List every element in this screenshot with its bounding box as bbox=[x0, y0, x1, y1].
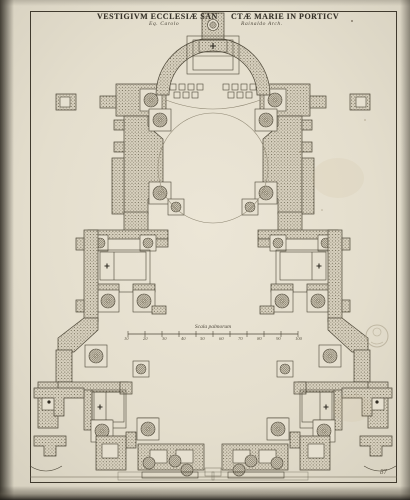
scale-tick-label: 20 bbox=[143, 336, 148, 341]
scale-tick-label: 90 bbox=[276, 336, 281, 341]
credit-left: Eq. Carolo bbox=[149, 21, 179, 27]
plate-page-number: 87 bbox=[380, 468, 387, 476]
scale-tick-labels: 102030405060708090100 bbox=[124, 336, 302, 341]
scale-tick-label: 70 bbox=[238, 336, 243, 341]
scale-tick-label: 30 bbox=[162, 336, 167, 341]
credit-right: Rainaldo Arch. bbox=[241, 21, 283, 27]
plate-title-right: CTÆ MARIE IN PORTICV bbox=[231, 12, 339, 21]
scanned-engraving-page: VESTIGIVM ECCLESIÆ SAN CTÆ MARIE IN PORT… bbox=[0, 0, 410, 500]
scale-tick-label: 50 bbox=[200, 336, 205, 341]
plate-title-left: VESTIGIVM ECCLESIÆ SAN bbox=[97, 12, 218, 21]
scale-tick-label: 10 bbox=[124, 336, 129, 341]
scale-tick-label: 100 bbox=[295, 336, 302, 341]
church-floor-plan-engraving bbox=[0, 0, 410, 500]
scale-bar-label: Scala palmorum bbox=[171, 324, 255, 330]
scale-tick-label: 60 bbox=[219, 336, 224, 341]
scale-tick-label: 40 bbox=[181, 336, 186, 341]
scale-tick-label: 80 bbox=[257, 336, 262, 341]
